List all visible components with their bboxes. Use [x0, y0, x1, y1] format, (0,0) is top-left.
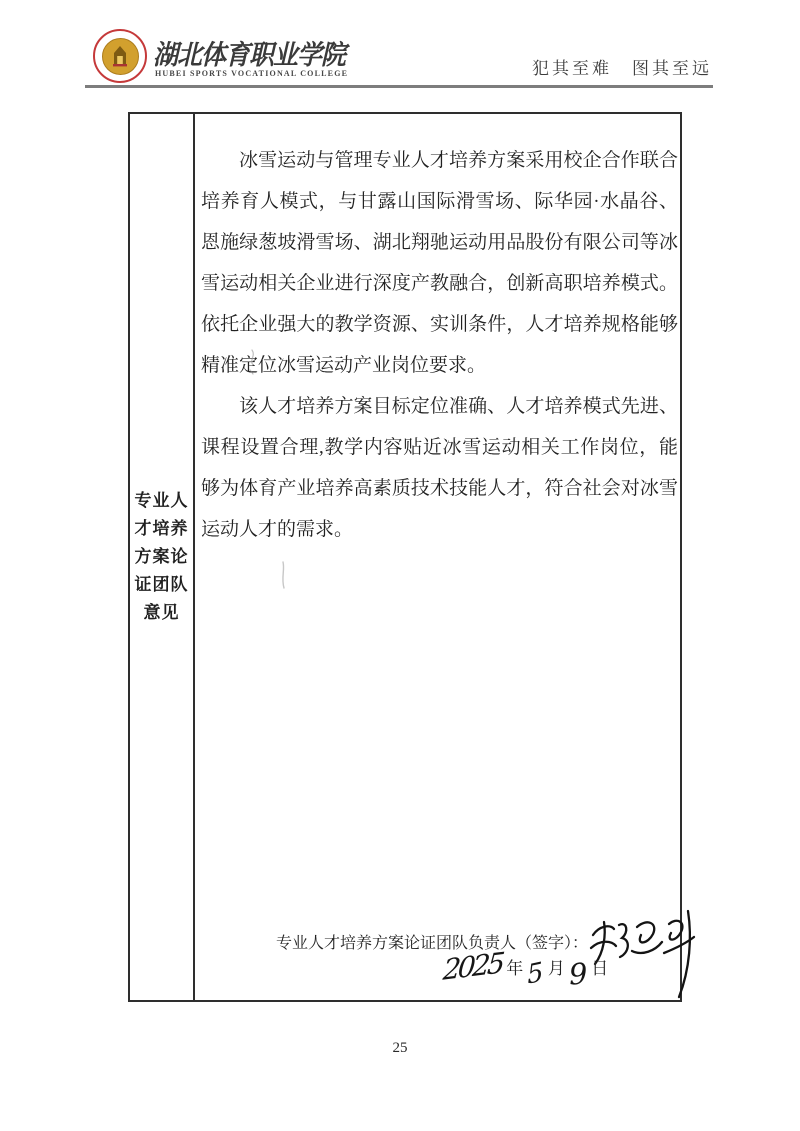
- handwritten-day: 9: [568, 957, 588, 992]
- ink-smudge-2: [278, 560, 290, 592]
- signature-date: 2025 年 5 月 9 日: [443, 950, 612, 983]
- torch-emblem-icon: [108, 44, 132, 68]
- review-opinion-table: 专业人才培养方案论证团队意见 冰雪运动与管理专业人才培养方案采用校企合作联合培养…: [128, 112, 682, 1002]
- seal-emblem: [102, 38, 139, 75]
- ink-smudge-1: [244, 348, 264, 376]
- school-name-en: HUBEI SPORTS VOCATIONAL COLLEGE: [155, 69, 348, 78]
- opinion-paragraph-1: 冰雪运动与管理专业人才培养方案采用校企合作联合培养育人模式，与甘露山国际滑雪场、…: [201, 140, 678, 386]
- opinion-paragraph-2: 该人才培养方案目标定位准确、人才培养模式先进、课程设置合理,教学内容贴近冰雪运动…: [201, 386, 678, 550]
- document-page: 湖北体育职业学院 HUBEI SPORTS VOCATIONAL COLLEGE…: [0, 0, 800, 1131]
- day-unit: 日: [591, 954, 608, 979]
- month-unit: 月: [548, 954, 565, 979]
- row-label: 专业人才培养方案论证团队意见: [133, 487, 190, 627]
- page-number: 25: [0, 1040, 800, 1057]
- handwritten-year: 2025: [442, 946, 504, 987]
- college-seal-logo: [93, 29, 147, 83]
- header-divider-line: [85, 85, 713, 88]
- year-unit: 年: [506, 954, 523, 979]
- table-label-cell: 专业人才培养方案论证团队意见: [130, 114, 195, 1000]
- school-motto: 犯其至难 图其至远: [532, 54, 712, 79]
- handwritten-month: 5: [526, 957, 544, 991]
- table-content-cell: 冰雪运动与管理专业人才培养方案采用校企合作联合培养育人模式，与甘露山国际滑雪场、…: [195, 114, 680, 1000]
- school-name-zh: 湖北体育职业学院: [153, 34, 345, 73]
